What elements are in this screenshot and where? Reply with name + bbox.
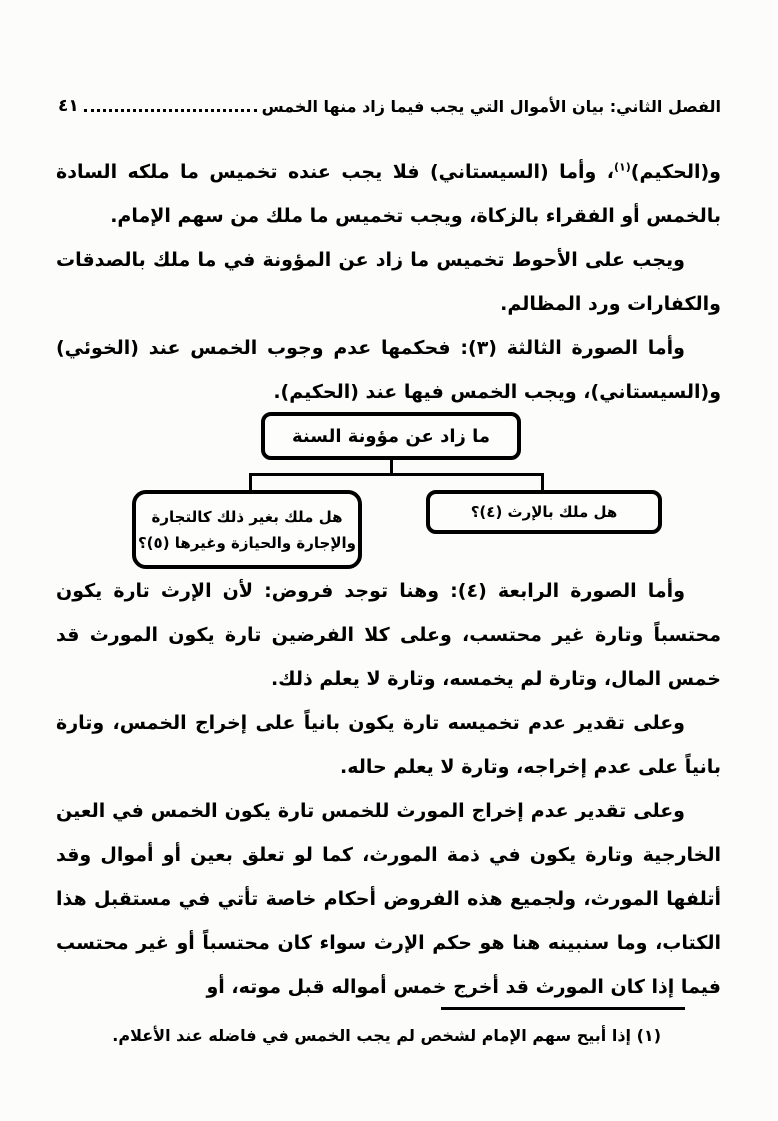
flowchart-left-label-line2: والإجارة والحيازة وغيرها (٥)؟ [138,530,356,556]
paragraph-1-lead: و(الحكيم) [631,161,721,183]
flowchart-left-node: هل ملك بغير ذلك كالتجارة والإجارة والحيا… [132,490,362,569]
paragraph-1: و(الحكيم)(١)، وأما (السيستاني) فلا يجب ع… [56,150,721,238]
page-header: الفصل الثاني: بيان الأموال التي يجب فيما… [58,96,721,116]
flowchart-root-label: ما زاد عن مؤونة السنة [292,426,490,447]
footnote-marker: (١) [614,161,631,174]
flowchart-right-label: هل ملك بالإرث (٤)؟ [471,503,618,521]
flowchart: ما زاد عن مؤونة السنة هل ملك بغير ذلك كا… [56,414,721,569]
flowchart-left-label-line1: هل ملك بغير ذلك كالتجارة [152,504,343,530]
chapter-title: الفصل الثاني: بيان الأموال التي يجب فيما… [262,97,721,116]
page-body: و(الحكيم)(١)، وأما (السيستاني) فلا يجب ع… [56,150,721,1009]
flowchart-root-node: ما زاد عن مؤونة السنة [261,412,521,460]
paragraph-4: وأما الصورة الرابعة (٤): وهنا توجد فروض:… [56,569,721,701]
footnote-section: (١) إذا أبيح سهم الإمام لشخص لم يجب الخم… [56,1007,721,1049]
book-page: { "header": { "title": "الفصل الثاني: بي… [0,0,778,1121]
footnote-text: (١) إذا أبيح سهم الإمام لشخص لم يجب الخم… [56,1023,721,1049]
paragraph-6: وعلى تقدير عدم إخراج المورث للخمس تارة ي… [56,789,721,1009]
paragraph-2: ويجب على الأحوط تخميس ما زاد عن المؤونة … [56,238,721,326]
flowchart-right-node: هل ملك بالإرث (٤)؟ [426,490,662,534]
flowchart-connector-bar [249,473,544,476]
paragraph-3: وأما الصورة الثالثة (٣): فحكمها عدم وجوب… [56,326,721,414]
page-number: ٤١ [58,96,79,116]
paragraph-5: وعلى تقدير عدم تخميسه تارة يكون بانياً ع… [56,701,721,789]
flowchart-connector-stem [390,460,393,473]
footnote-rule [441,1007,685,1010]
dotted-leader [84,109,257,112]
